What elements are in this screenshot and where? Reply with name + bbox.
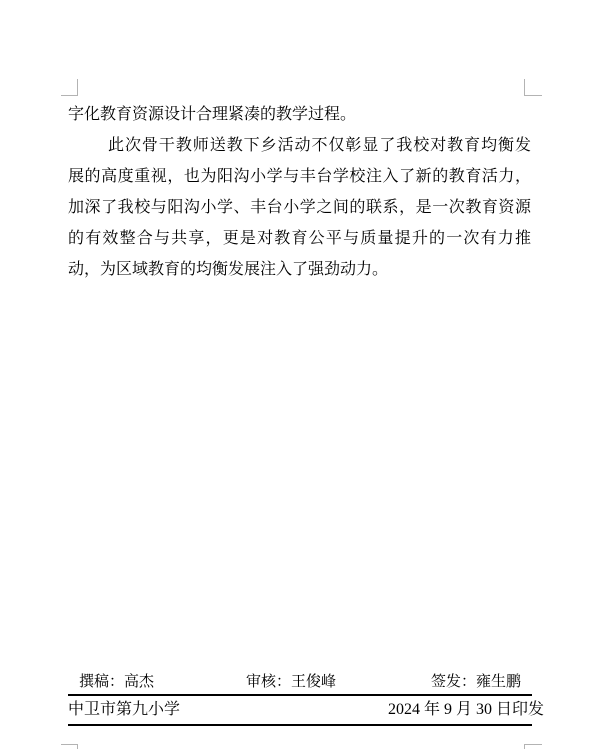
footer-rule-bottom (68, 724, 532, 726)
body-line: 字化教育资源设计合理紧凑的教学过程。 (68, 99, 531, 130)
crop-mark-line (77, 79, 78, 96)
footer-issuer: 签发：雍生鹏 (431, 671, 521, 693)
footer-reviewer: 审核：王俊峰 (246, 671, 336, 693)
body-line: 此次骨干教师送教下乡活动不仅彰显了我校对教育均衡发 (108, 130, 531, 161)
crop-mark-line (524, 744, 525, 749)
document-page: 字化教育资源设计合理紧凑的教学过程。 此次骨干教师送教下乡活动不仅彰显了我校对教… (0, 0, 599, 749)
body-line: 加深了我校与阳沟小学、丰台小学之间的联系，是一次教育资源 (68, 192, 531, 223)
footer-organization: 中卫市第九小学 (68, 699, 180, 721)
body-line: 的有效整合与共享，更是对教育公平与质量提升的一次有力推 (68, 223, 531, 254)
footer-drafter: 撰稿：高杰 (79, 671, 154, 693)
document-body: 字化教育资源设计合理紧凑的教学过程。 此次骨干教师送教下乡活动不仅彰显了我校对教… (68, 99, 531, 285)
crop-mark-line (61, 95, 78, 96)
crop-mark-line (524, 744, 542, 745)
footer-signature-row: 撰稿：高杰 审核：王俊峰 签发：雍生鹏 (0, 671, 599, 693)
crop-mark-line (524, 95, 542, 96)
crop-mark-line (524, 79, 525, 96)
body-line: 动，为区域教育的均衡发展注入了强劲动力。 (68, 254, 531, 285)
body-line: 展的高度重视，也为阳沟小学与丰台学校注入了新的教育活力， (68, 161, 531, 192)
footer-issue-row: 中卫市第九小学 2024 年 9 月 30 日印发 (0, 699, 599, 721)
footer-rule-top (68, 694, 532, 696)
footer-print-date: 2024 年 9 月 30 日印发 (388, 699, 544, 721)
crop-mark-line (61, 744, 78, 745)
crop-mark-line (77, 744, 78, 749)
